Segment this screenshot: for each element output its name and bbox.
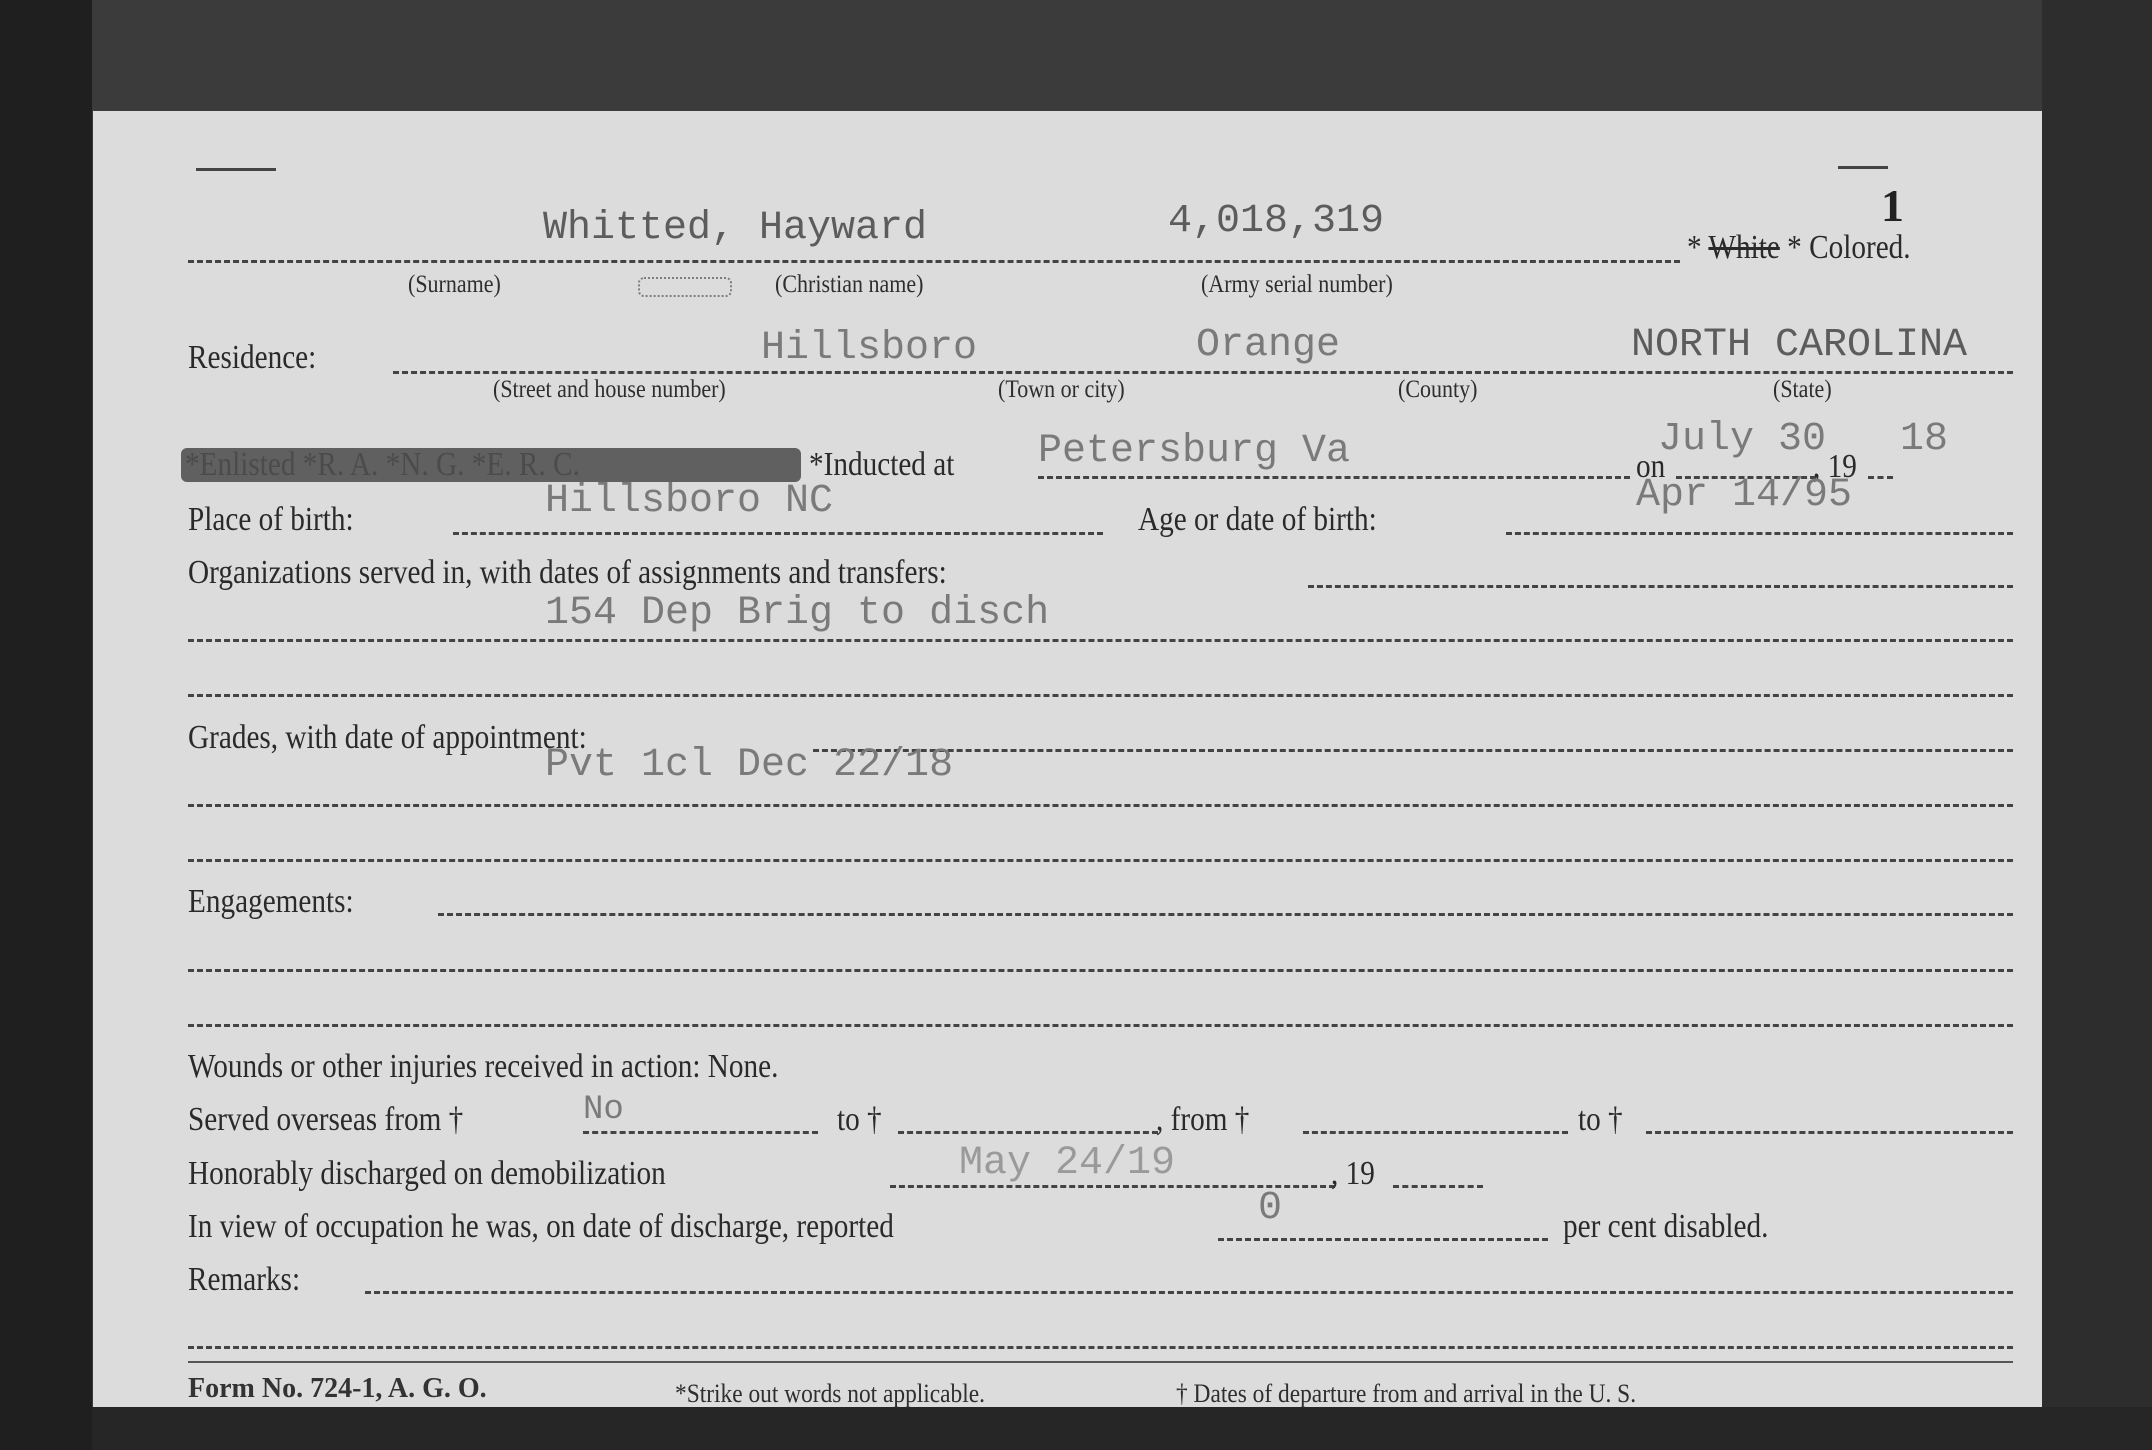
scan-background-right (2042, 0, 2152, 1450)
inducted-at-line (1038, 476, 1630, 479)
residence-town: Hillsboro (761, 326, 977, 371)
form-number: Form No. 724-1, A. G. O. (188, 1373, 487, 1405)
service-record-card: 1 Whitted, Hayward 4,018,319 * White * C… (93, 111, 2042, 1407)
disability-suffix: per cent disabled. (1563, 1208, 1768, 1246)
discharge-year-line (1393, 1185, 1483, 1188)
overseas-to-label: to † (837, 1101, 882, 1139)
residence-label: Residence: (188, 339, 316, 377)
town-label: (Town or city) (998, 376, 1125, 404)
residence-line (393, 371, 2013, 374)
grades-label: Grades, with date of appointment: (188, 719, 587, 757)
induction-date: July 30 (1658, 417, 1826, 462)
typed-name: Whitted, Hayward (543, 206, 927, 251)
wounds-label: Wounds or other injuries received in act… (188, 1048, 778, 1086)
state-label: (State) (1773, 376, 1832, 404)
scan-background-bottom (92, 1407, 2152, 1450)
scan-background-left (0, 0, 92, 1450)
grades-value: Pvt 1cl Dec 22/18 (545, 743, 953, 788)
footer-rule (188, 1361, 2013, 1363)
christian-name-label: (Christian name) (775, 271, 923, 299)
remarks-label: Remarks: (188, 1261, 300, 1299)
overseas-from2-label: , from † (1156, 1101, 1249, 1139)
name-line (188, 260, 1680, 263)
card-number: 1 (1881, 179, 1904, 232)
enlistment-options-struck: *Enlisted *R. A. *N. G. *E. R. C. (185, 446, 580, 484)
disability-label: In view of occupation he was, on date of… (188, 1208, 894, 1246)
overseas-to2-label: to † (1578, 1101, 1623, 1139)
county-label: (County) (1398, 376, 1477, 404)
organizations-line-2 (188, 639, 2013, 642)
serial-number-label: (Army serial number) (1201, 271, 1393, 299)
engagements-line-1 (438, 913, 2013, 916)
year-line (1868, 476, 1893, 479)
race-white-struck: White (1708, 229, 1779, 266)
date-of-birth-value: Apr 14/95 (1636, 473, 1852, 518)
inducted-at-value: Petersburg Va (1038, 429, 1350, 474)
disability-line (1218, 1238, 1548, 1241)
place-of-birth-label: Place of birth: (188, 501, 354, 539)
engagements-label: Engagements: (188, 883, 354, 921)
organizations-line-3 (188, 694, 2013, 697)
remarks-line-2 (188, 1346, 2013, 1349)
residence-state: NORTH CAROLINA (1631, 323, 1967, 368)
grades-line-1 (813, 749, 2013, 752)
strike-out-note: *Strike out words not applicable. (675, 1379, 985, 1409)
age-label: Age or date of birth: (1138, 501, 1377, 539)
grades-line-2 (188, 804, 2013, 807)
place-of-birth-value: Hillsboro NC (545, 479, 833, 524)
corner-mark (196, 168, 276, 171)
grades-line-3 (188, 859, 2013, 862)
overseas-from-line (583, 1131, 818, 1134)
overseas-to2-line (1646, 1131, 2013, 1134)
card-number-mark (1838, 166, 1888, 169)
overseas-from-value: No (583, 1091, 624, 1129)
organizations-line-1 (1308, 585, 2013, 588)
dates-note: † Dates of departure from and arrival in… (1176, 1379, 1636, 1409)
discharge-year-label: , 19 (1331, 1155, 1375, 1193)
organizations-label: Organizations served in, with dates of a… (188, 554, 947, 592)
engagements-line-2 (188, 969, 2013, 972)
residence-county: Orange (1196, 323, 1340, 368)
discharge-label: Honorably discharged on demobilization (188, 1155, 666, 1193)
typed-serial-number: 4,018,319 (1168, 199, 1384, 244)
date-of-birth-line (1506, 532, 2013, 535)
overseas-to-line (898, 1131, 1158, 1134)
street-label: (Street and house number) (493, 376, 726, 404)
discharge-date: May 24/19 (959, 1141, 1175, 1186)
place-of-birth-line (453, 532, 1103, 535)
engagements-line-3 (188, 1024, 2013, 1027)
scan-background-top (92, 0, 2152, 111)
induction-year: 18 (1900, 417, 1948, 462)
overseas-from2-line (1303, 1131, 1568, 1134)
race-options: * White * Colored. (1687, 229, 1911, 267)
smudge (638, 277, 732, 297)
surname-label: (Surname) (408, 271, 501, 299)
disability-value: 0 (1258, 1186, 1282, 1231)
overseas-from-label: Served overseas from † (188, 1101, 463, 1139)
remarks-line-1 (365, 1291, 2013, 1294)
organizations-value: 154 Dep Brig to disch (545, 591, 1049, 636)
